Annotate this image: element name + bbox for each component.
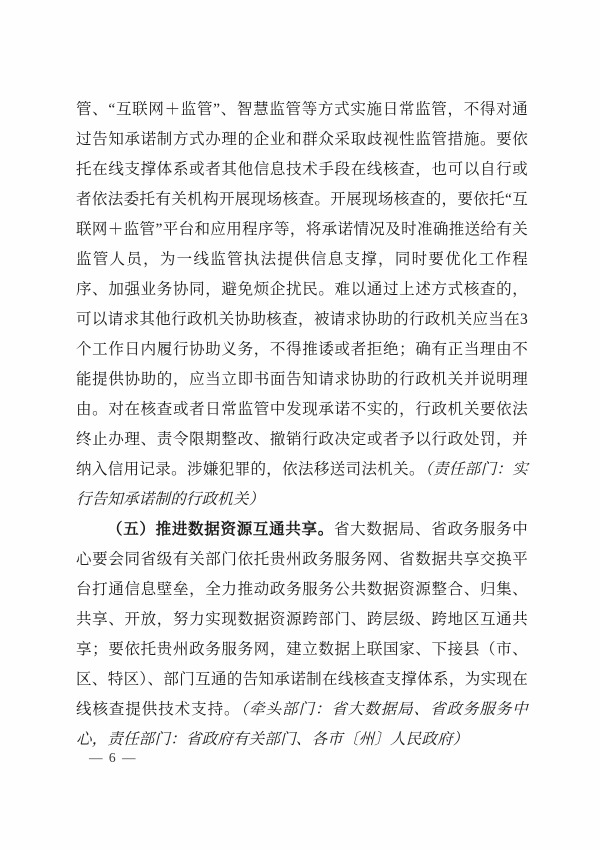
paragraph-section-5: （五）推进数据资源互通共享。省大数据局、省政务服务中心要会同省级有关部门依托贵州… <box>76 515 528 755</box>
text-run-heading: （五）推进数据资源互通共享。 <box>107 521 334 538</box>
text-run-body: 管、“互联网＋监管”、智慧监管等方式实施日常监管，不得对通过告知承诺制方式办理的… <box>76 101 528 478</box>
document-page: 管、“互联网＋监管”、智慧监管等方式实施日常监管，不得对通过告知承诺制方式办理的… <box>0 0 600 849</box>
paragraph-continued: 管、“互联网＋监管”、智慧监管等方式实施日常监管，不得对通过告知承诺制方式办理的… <box>76 95 528 515</box>
page-number: — 6 — <box>89 750 137 766</box>
text-run-body: 省大数据局、省政务服务中心要会同省级有关部门依托贵州政务服务网、省数据共享交换平… <box>76 521 528 718</box>
document-body: 管、“互联网＋监管”、智慧监管等方式实施日常监管，不得对通过告知承诺制方式办理的… <box>76 95 528 755</box>
